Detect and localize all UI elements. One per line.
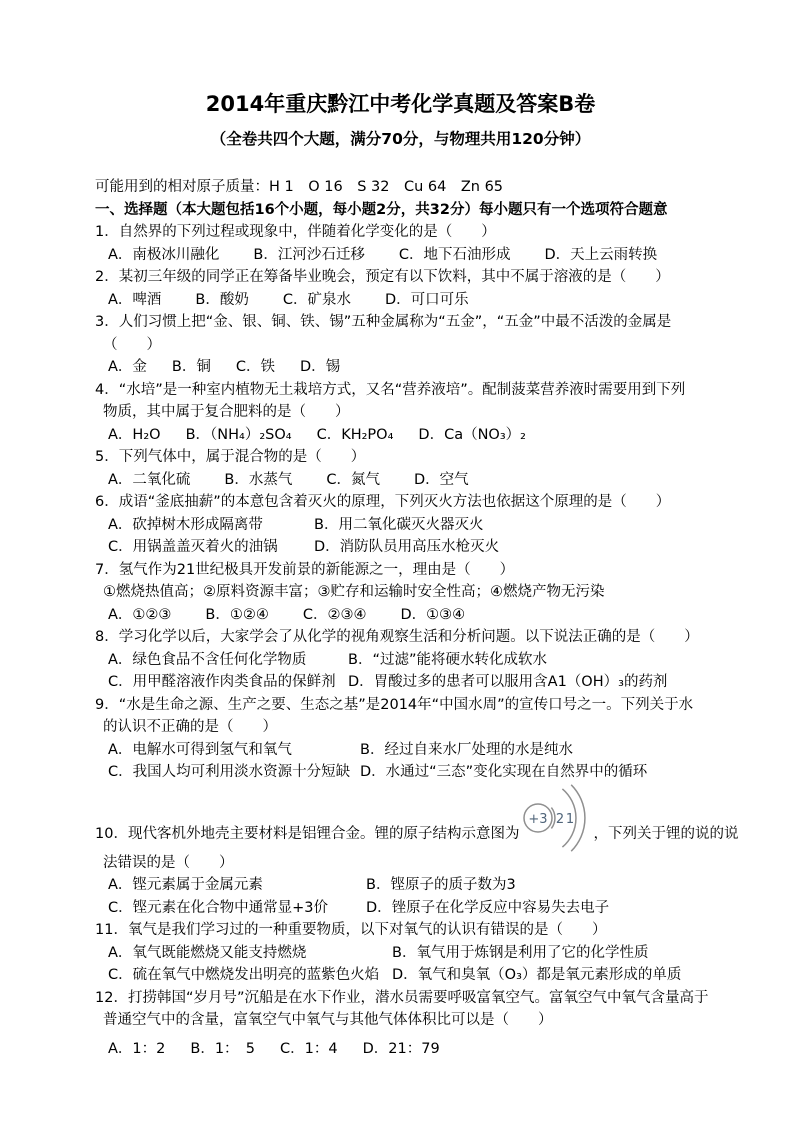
option-d: D．水通过“三态”变化实现在自然界中的循环 xyxy=(360,761,647,784)
option-c: C．用锅盖盖灭着火的油锅 xyxy=(108,536,314,559)
shell-2-electron-count: 1 xyxy=(566,812,574,827)
option-b: B．铜 xyxy=(172,356,211,379)
question-8: 8．学习化学以后，大家学会了从化学的视角观察生活和分析问题。以下说法正确的是（ … xyxy=(95,626,706,694)
option-d: D．锡 xyxy=(300,356,340,379)
question-9: 9．“水是生命之源、生产之要、生态之基”是2014年“中国水周”的宣传口号之一。… xyxy=(95,694,706,784)
option-d: D．Ca（NO₃）₂ xyxy=(418,424,526,447)
option-b: B．经过自来水厂处理的水是纯水 xyxy=(360,739,573,762)
shell-1-electron-count: 2 xyxy=(556,812,564,827)
question-stem: 1．自然界的下列过程或现象中，伴随着化学变化的是（ ） xyxy=(95,221,706,244)
question-options-row2: C．用锅盖盖灭着火的油锅D．消防队员用高压水枪灭火 xyxy=(95,536,706,559)
question-stem-before: 10．现代客机外地壳主要材料是铝锂合金。锂的原子结构示意图为 xyxy=(95,826,519,842)
option-c: C．KH₂PO₄ xyxy=(317,424,394,447)
question-stem: 12．打捞韩国“岁月号”沉船是在水下作业，潜水员需要呼吸富氧空气。富氧空气中氧气… xyxy=(95,987,706,1010)
question-options-row1: A．绿色食品不含任何化学物质B．“过滤”能将硬水转化成软水 xyxy=(95,649,706,672)
question-stem: 10．现代客机外地壳主要材料是铝锂合金。锂的原子结构示意图为 +3 2 1 ，下… xyxy=(95,784,706,852)
option-b: B．“过滤”能将硬水转化成软水 xyxy=(348,649,547,672)
option-c: C．我国人均可利用淡水资源十分短缺 xyxy=(108,761,360,784)
question-options-row1: A．电解水可得到氢气和氧气B．经过自来水厂处理的水是纯水 xyxy=(95,739,706,762)
question-options: A．啤酒B．酸奶C．矿泉水D．可口可乐 xyxy=(95,289,706,312)
option-a: A．H₂O xyxy=(108,424,161,447)
question-options: A．南极冰川融化B．江河沙石迁移C．地下石油形成D．天上云雨转换 xyxy=(95,244,706,267)
option-a: A．绿色食品不含任何化学物质 xyxy=(108,649,348,672)
option-a: A．1：2 xyxy=(108,1038,165,1061)
question-stem-cont: 物质，其中属于复合肥料的是（ ） xyxy=(95,401,706,424)
question-statements: ①燃烧热值高；②原料资源丰富；③贮存和运输时安全性高；④燃烧产物无污染 xyxy=(95,581,706,604)
option-c: C．铁 xyxy=(236,356,275,379)
question-stem: 8．学习化学以后，大家学会了从化学的视角观察生活和分析问题。以下说法正确的是（ … xyxy=(95,626,706,649)
question-stem: 11．氧气是我们学习过的一种重要物质，以下对氧气的认识有错误的是（ ） xyxy=(95,919,706,942)
option-c: C．地下石油形成 xyxy=(399,244,511,267)
question-stem: 2．某初三年级的同学正在筹备毕业晚会，预定有以下饮料，其中不属于溶液的是（ ） xyxy=(95,266,706,289)
question-options-row1: A．氧气既能燃烧又能支持燃烧B．氧气用于炼钢是利用了它的化学性质 xyxy=(95,942,706,965)
question-stem-cont: 的认识不正确的是（ ） xyxy=(95,716,706,739)
option-b: B．铿原子的质子数为3 xyxy=(366,874,516,897)
option-d: D．可口可乐 xyxy=(385,289,469,312)
option-a: A．氧气既能燃烧又能支持燃烧 xyxy=(108,942,392,965)
question-6: 6．成语“釜底抽薪”的本意包含着灭火的原理，下列灭火方法也依据这个原理的是（ ）… xyxy=(95,491,706,559)
question-stem: 6．成语“釜底抽薪”的本意包含着灭火的原理，下列灭火方法也依据这个原理的是（ ） xyxy=(95,491,706,514)
question-stem-cont: 普通空气中的含量，富氧空气中氧气与其他气体体积比可以是（ ） xyxy=(95,1009,706,1032)
option-b: B．水蒸气 xyxy=(224,469,292,492)
question-options-row2: C．我国人均可利用淡水资源十分短缺D．水通过“三态”变化实现在自然界中的循环 xyxy=(95,761,706,784)
question-stem-cont: 法错误的是（ ） xyxy=(95,852,706,875)
question-stem: 7．氢气作为21世纪极具开发前景的新能源之一，理由是（ ） xyxy=(95,559,706,582)
option-d: D．空气 xyxy=(414,469,469,492)
section-heading: 一、选择题（本大题包括16个小题，每小题2分，共32分）每小题只有一个选项符合题… xyxy=(95,199,706,222)
option-a: A．砍掉树木形成隔离带 xyxy=(108,514,314,537)
question-5: 5．下列气体中，属于混合物的是（ ） A．二氧化硫B．水蒸气C．氮气D．空气 xyxy=(95,446,706,491)
question-2: 2．某初三年级的同学正在筹备毕业晚会，预定有以下饮料，其中不属于溶液的是（ ） … xyxy=(95,266,706,311)
option-b: B．江河沙石迁移 xyxy=(253,244,364,267)
question-stem-cont: （ ） xyxy=(95,334,706,357)
question-options-row2: C．铿元素在化合物中通常显+3价D．锉原子在化学反应中容易失去电子 xyxy=(95,897,706,920)
question-options: A．二氧化硫B．水蒸气C．氮气D．空气 xyxy=(95,469,706,492)
option-a: A．南极冰川融化 xyxy=(108,244,219,267)
option-a: A．啤酒 xyxy=(108,289,161,312)
option-a: A．电解水可得到氢气和氧气 xyxy=(108,739,360,762)
option-d: D．21：79 xyxy=(363,1038,440,1061)
option-a: A．①②③ xyxy=(108,604,171,627)
option-c: C．1：4 xyxy=(280,1038,338,1061)
option-d: D．天上云雨转换 xyxy=(545,244,658,267)
option-d: D．消防队员用高压水枪灭火 xyxy=(314,536,499,559)
nucleus-charge-label: +3 xyxy=(529,812,548,827)
option-a: A．铿元素属于金属元素 xyxy=(108,874,366,897)
option-b: B．①②④ xyxy=(205,604,268,627)
option-b: B．用二氧化碳灭火器灭火 xyxy=(314,514,483,537)
option-d: D．锉原子在化学反应中容易失去电子 xyxy=(366,897,609,920)
option-b: B．1： 5 xyxy=(190,1038,255,1061)
exam-page: 2014年重庆黔江中考化学真题及答案B卷 （全卷共四个大题，满分70分，与物理共… xyxy=(0,0,794,1123)
question-options: A．1：2B．1： 5C．1：4D．21：79 xyxy=(95,1038,706,1061)
question-options-row2: C．用甲醛溶液作肉类食品的保鲜剂D．胃酸过多的患者可以服用含A1（OH）₃的药剂 xyxy=(95,671,706,694)
question-10: 10．现代客机外地壳主要材料是铝锂合金。锂的原子结构示意图为 +3 2 1 ，下… xyxy=(95,784,706,920)
page-title: 2014年重庆黔江中考化学真题及答案B卷 xyxy=(95,90,706,118)
option-d: D．①③④ xyxy=(401,604,466,627)
option-b: B．（NH₄）₂SO₄ xyxy=(186,424,292,447)
question-options: A．H₂OB．（NH₄）₂SO₄C．KH₂PO₄D．Ca（NO₃）₂ xyxy=(95,424,706,447)
question-stem: 4．“水培”是一种室内植物无土栽培方式，又名“营养液培”。配制菠菜营养液时需要用… xyxy=(95,379,706,402)
question-options: A．金B．铜C．铁D．锡 xyxy=(95,356,706,379)
question-4: 4．“水培”是一种室内植物无土栽培方式，又名“营养液培”。配制菠菜营养液时需要用… xyxy=(95,379,706,447)
option-c: C．氮气 xyxy=(326,469,380,492)
question-stem-after: ，下列关于锂的说的说 xyxy=(593,826,738,842)
option-c: C．矿泉水 xyxy=(283,289,351,312)
question-options-row1: A．铿元素属于金属元素B．铿原子的质子数为3 xyxy=(95,874,706,897)
question-stem: 3．人们习惯上把“金、银、铜、铁、锡”五种金属称为“五金”，“五金”中最不活泼的… xyxy=(95,311,706,334)
question-7: 7．氢气作为21世纪极具开发前景的新能源之一，理由是（ ） ①燃烧热值高；②原料… xyxy=(95,559,706,627)
question-3: 3．人们习惯上把“金、银、铜、铁、锡”五种金属称为“五金”，“五金”中最不活泼的… xyxy=(95,311,706,379)
atomic-masses-line: 可能用到的相对原子质量：H 1 O 16 S 32 Cu 64 Zn 65 xyxy=(95,176,706,199)
question-stem: 9．“水是生命之源、生产之要、生态之基”是2014年“中国水周”的宣传口号之一。… xyxy=(95,694,706,717)
question-11: 11．氧气是我们学习过的一种重要物质，以下对氧气的认识有错误的是（ ） A．氧气… xyxy=(95,919,706,987)
question-options-row1: A．砍掉树木形成隔离带B．用二氧化碳灭火器灭火 xyxy=(95,514,706,537)
question-options-row2: C．硫在氧气中燃烧发出明亮的蓝紫色火焰D．氧气和臭氧（O₃）都是氧元素形成的单质 xyxy=(95,964,706,987)
option-b: B．氧气用于炼钢是利用了它的化学性质 xyxy=(392,942,648,965)
option-d: D．胃酸过多的患者可以服用含A1（OH）₃的药剂 xyxy=(348,671,667,694)
exam-subtitle: （全卷共四个大题，满分70分，与物理共用120分钟） xyxy=(95,128,706,150)
option-c: C．硫在氧气中燃烧发出明亮的蓝紫色火焰 xyxy=(108,964,392,987)
option-c: C．用甲醛溶液作肉类食品的保鲜剂 xyxy=(108,671,348,694)
option-c: C．②③④ xyxy=(303,604,367,627)
option-d: D．氧气和臭氧（O₃）都是氧元素形成的单质 xyxy=(392,964,681,987)
option-b: B．酸奶 xyxy=(195,289,248,312)
lithium-atom-structure-diagram: +3 2 1 xyxy=(521,784,591,852)
option-c: C．铿元素在化合物中通常显+3价 xyxy=(108,897,366,920)
question-1: 1．自然界的下列过程或现象中，伴随着化学变化的是（ ） A．南极冰川融化B．江河… xyxy=(95,221,706,266)
question-12: 12．打捞韩国“岁月号”沉船是在水下作业，潜水员需要呼吸富氧空气。富氧空气中氧气… xyxy=(95,987,706,1061)
question-stem: 5．下列气体中，属于混合物的是（ ） xyxy=(95,446,706,469)
option-a: A．金 xyxy=(108,356,147,379)
question-options: A．①②③B．①②④C．②③④D．①③④ xyxy=(95,604,706,627)
option-a: A．二氧化硫 xyxy=(108,469,190,492)
